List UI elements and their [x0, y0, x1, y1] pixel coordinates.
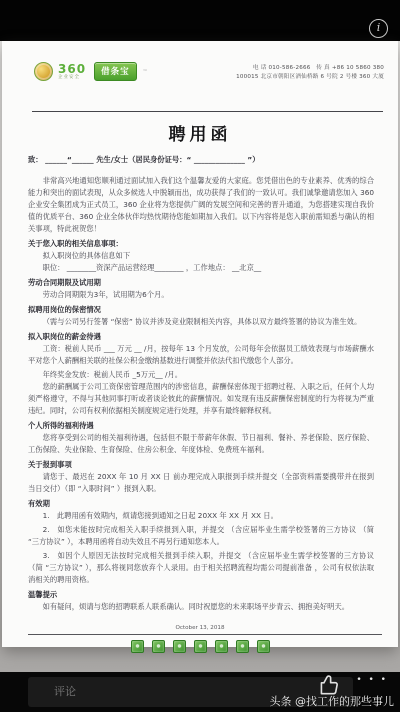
seal-icons-row [2, 640, 398, 653]
seal-icon [236, 640, 249, 653]
seal-icon [194, 640, 207, 653]
doc-line: 3. 如因个人原因无法按时完成相关报到手续入职，并提交 （含应届毕业生需学校签署… [28, 550, 374, 586]
footer-divider [28, 634, 382, 635]
doc-line: 您的薪酬属于公司工资保密管理范围内的涉密信息，薪酬保密体现于招聘过程、入职之后，… [28, 381, 374, 417]
contact-line-1: 电 话 010-586-2666 传 真 +86 10 5860 380 [236, 64, 384, 73]
doc-line: 拟入职岗位的具体信息如下 [28, 250, 374, 262]
trademark-mark: ™ [143, 69, 148, 75]
watermark-text: 头条 @找工作的那些事儿 [270, 693, 395, 709]
doc-heading: 关于报到事项 [28, 459, 374, 471]
doc-line: 致： ______“______ 先生/女士（居民身份证号：“ ________… [28, 154, 374, 166]
doc-heading: 温馨提示 [28, 589, 374, 601]
doc-heading: 拟聘用岗位的保密情况 [28, 304, 374, 316]
comment-bar: 评论 • • • 头条 @找工作的那些事儿 [0, 672, 400, 712]
seal-icon [215, 640, 228, 653]
doc-header: 360 企业安全 借条宝 ™ 电 话 010-586-2666 传 真 +86 … [2, 41, 398, 104]
seal-icon [173, 640, 186, 653]
seal-icon [257, 640, 270, 653]
doc-line: （需与公司另行签署 “保密” 协议并涉及竞业限制相关内容，具体以双方最终签署的协… [28, 316, 374, 328]
ellipsis-icon: • • • [356, 675, 388, 685]
coin-icon [34, 62, 53, 81]
status-bar: i [0, 0, 400, 41]
header-divider [32, 111, 383, 112]
doc-line: 如有疑问，烦请与您的招聘联系人联系确认。同时祝愿您的未来职场平步青云、拥抱美好明… [28, 601, 374, 613]
doc-line: 工资：税前人民币 ___ 万元 __ /月，按每年 13 个月发放，公司每年会依… [28, 343, 374, 367]
contact-info: 电 话 010-586-2666 传 真 +86 10 5860 380 100… [236, 64, 384, 81]
brand-subtitle: 企业安全 [58, 76, 86, 81]
contact-line-2: 100015 北京市朝阳区酒仙桥路 6 号院 2 号楼 360 大厦 [236, 73, 384, 82]
seal-icon [131, 640, 144, 653]
brand-name: 360 [58, 63, 86, 75]
doc-body: 致： ______“______ 先生/女士（居民身份证号：“ ________… [28, 154, 374, 613]
doc-heading: 有效期 [28, 498, 374, 510]
document-page: 360 企业安全 借条宝 ™ 电 话 010-586-2666 传 真 +86 … [2, 41, 398, 647]
doc-line: 1. 此聘用函有效期内，烦请您接到通知之日起 20XX 年 XX 月 XX 日。 [28, 510, 374, 522]
page-title: 聘用函 [2, 120, 398, 145]
doc-line: 年终奖金发放：税前人民币 _5万元__ /月。 [28, 369, 374, 381]
footer-date: October 13, 2018 [2, 625, 398, 631]
doc-heading: 关于您入职的相关信息事项： [28, 238, 374, 250]
doc-line: 2. 如您未能按时完成相关入职手续报到入职，并提交 （含应届毕业生需学校签署的三… [28, 524, 374, 548]
doc-footer: October 13, 2018 [2, 625, 398, 653]
doc-line: 请您于、最迟在 20XX 年 10 月 XX 日 前办理完成入职报到手续并提交（… [28, 471, 374, 495]
doc-heading: 劳动合同期限及试用期 [28, 277, 374, 289]
seal-icon [152, 640, 165, 653]
brand-text: 360 企业安全 [58, 63, 86, 81]
info-button[interactable]: i [369, 19, 388, 38]
brand-badge: 借条宝 [94, 62, 137, 81]
doc-line: 非常高兴地通知您顺利通过面试加入我们这个温馨友爱的大家庭。您凭借出色的专业素养、… [28, 175, 374, 235]
doc-line: 您将享受到公司的相关福利待遇，包括但不限于带薪年休假、节日福利、餐补、养老保险、… [28, 432, 374, 456]
doc-line: 职位： ________资深产品运营经理________ ，工作地点： __北京… [28, 262, 374, 274]
doc-heading: 个人所得的福利待遇 [28, 420, 374, 432]
doc-line: 劳动合同期限为3年，试用期为6个月。 [28, 289, 374, 301]
doc-heading: 拟入职岗位的薪金待遇 [28, 331, 374, 343]
